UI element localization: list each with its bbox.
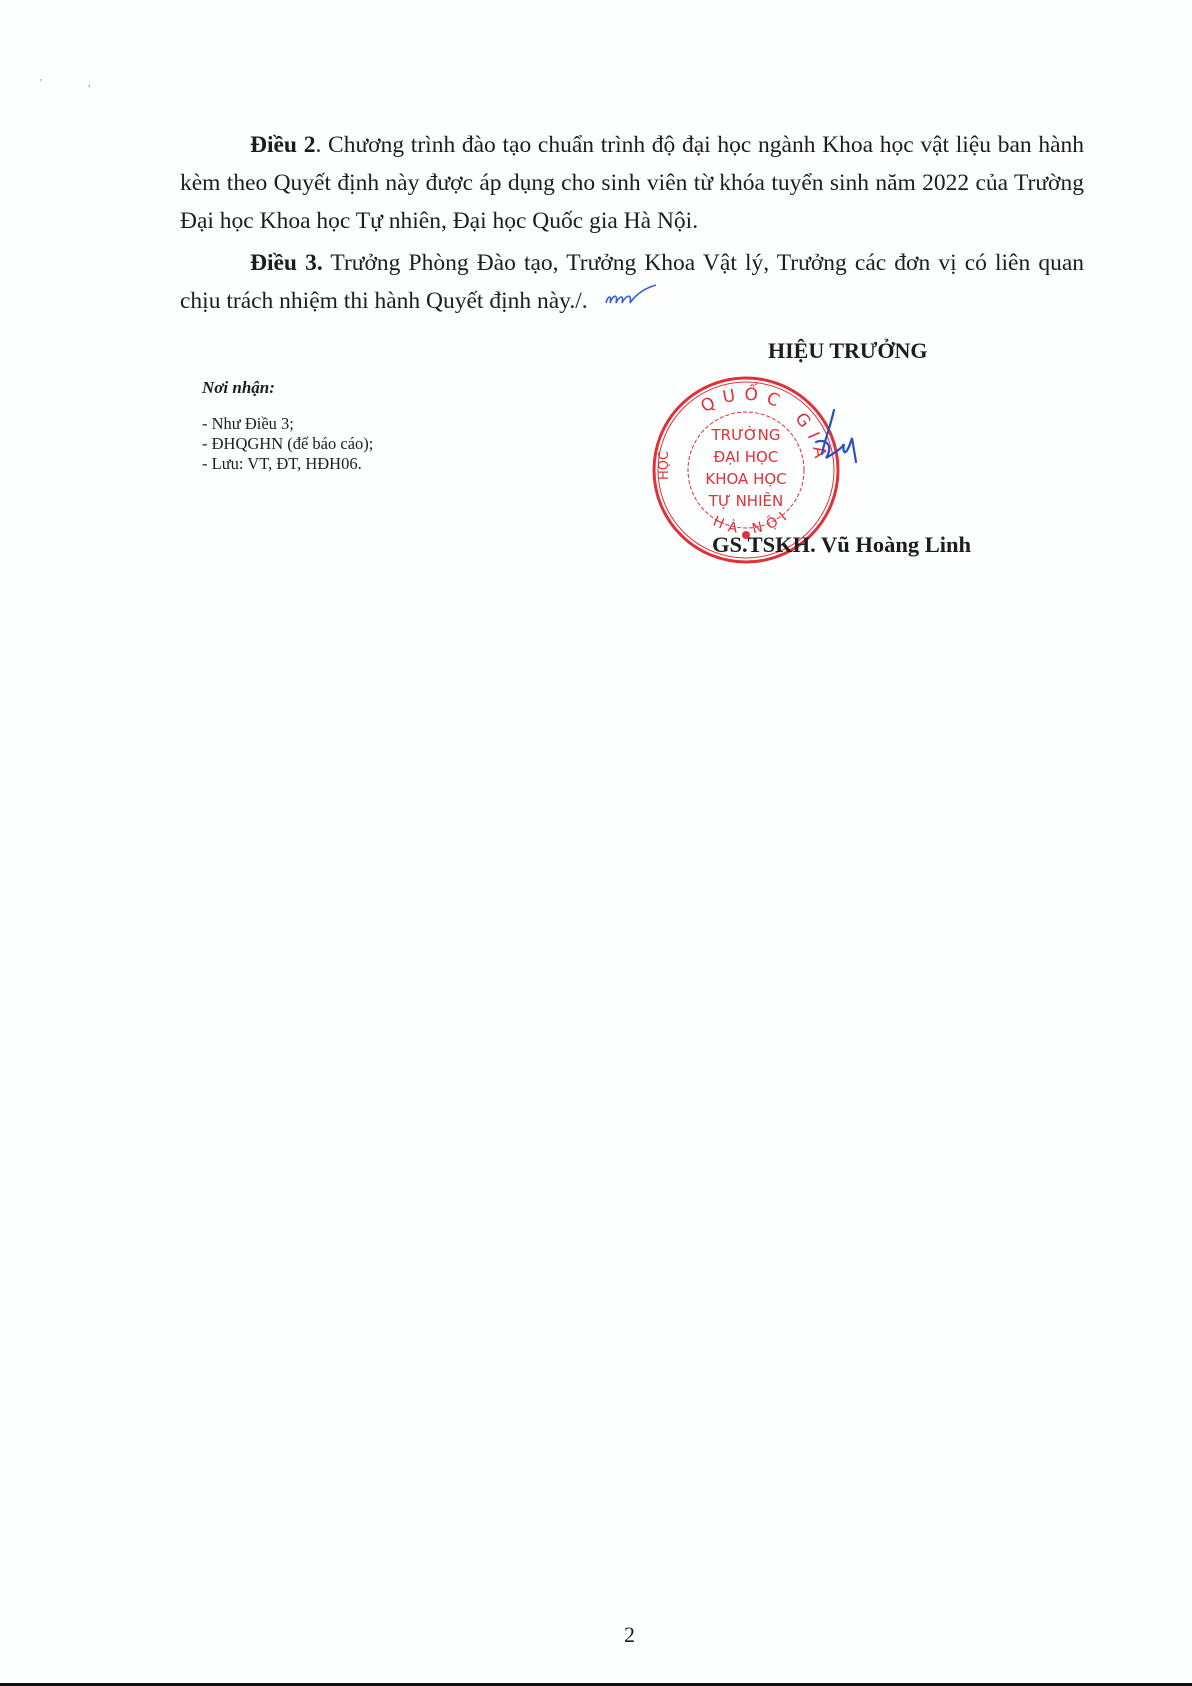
article-2: Điều 2. Chương trình đào tạo chuẩn trình… <box>180 126 1084 240</box>
recipients-block: Nơi nhận: - Như Điều 3; - ĐHQGHN (để báo… <box>202 378 373 474</box>
page-number: 2 <box>624 1622 635 1648</box>
svg-text:TRƯỜNG: TRƯỜNG <box>711 425 781 444</box>
svg-text:ĐẠI HỌC: ĐẠI HỌC <box>714 448 779 466</box>
article-3: Điều 3. Trưởng Phòng Đào tạo, Trưởng Kho… <box>180 244 1084 323</box>
article-3-label: Điều 3. <box>250 250 323 276</box>
initials-icon <box>602 283 662 323</box>
signer-name: GS.TSKH. Vũ Hoàng Linh <box>712 532 971 558</box>
svg-text:HỌC: HỌC <box>657 451 672 480</box>
recipient-item: - Lưu: VT, ĐT, HĐH06. <box>202 454 373 474</box>
position-title: HIỆU TRƯỞNG <box>768 338 928 364</box>
recipient-item: - ĐHQGHN (để báo cáo); <box>202 434 373 454</box>
recipients-title: Nơi nhận: <box>202 378 373 398</box>
article-2-label: Điều 2 <box>250 132 315 158</box>
svg-text:TỰ NHIÊN: TỰ NHIÊN <box>708 491 783 510</box>
handwritten-signature-icon <box>812 408 872 478</box>
document-page: ', Điều 2. Chương trình đào tạo chuẩn tr… <box>0 0 1192 1686</box>
recipient-item: - Như Điều 3; <box>202 414 373 434</box>
svg-text:KHOA HỌC: KHOA HỌC <box>705 470 786 488</box>
